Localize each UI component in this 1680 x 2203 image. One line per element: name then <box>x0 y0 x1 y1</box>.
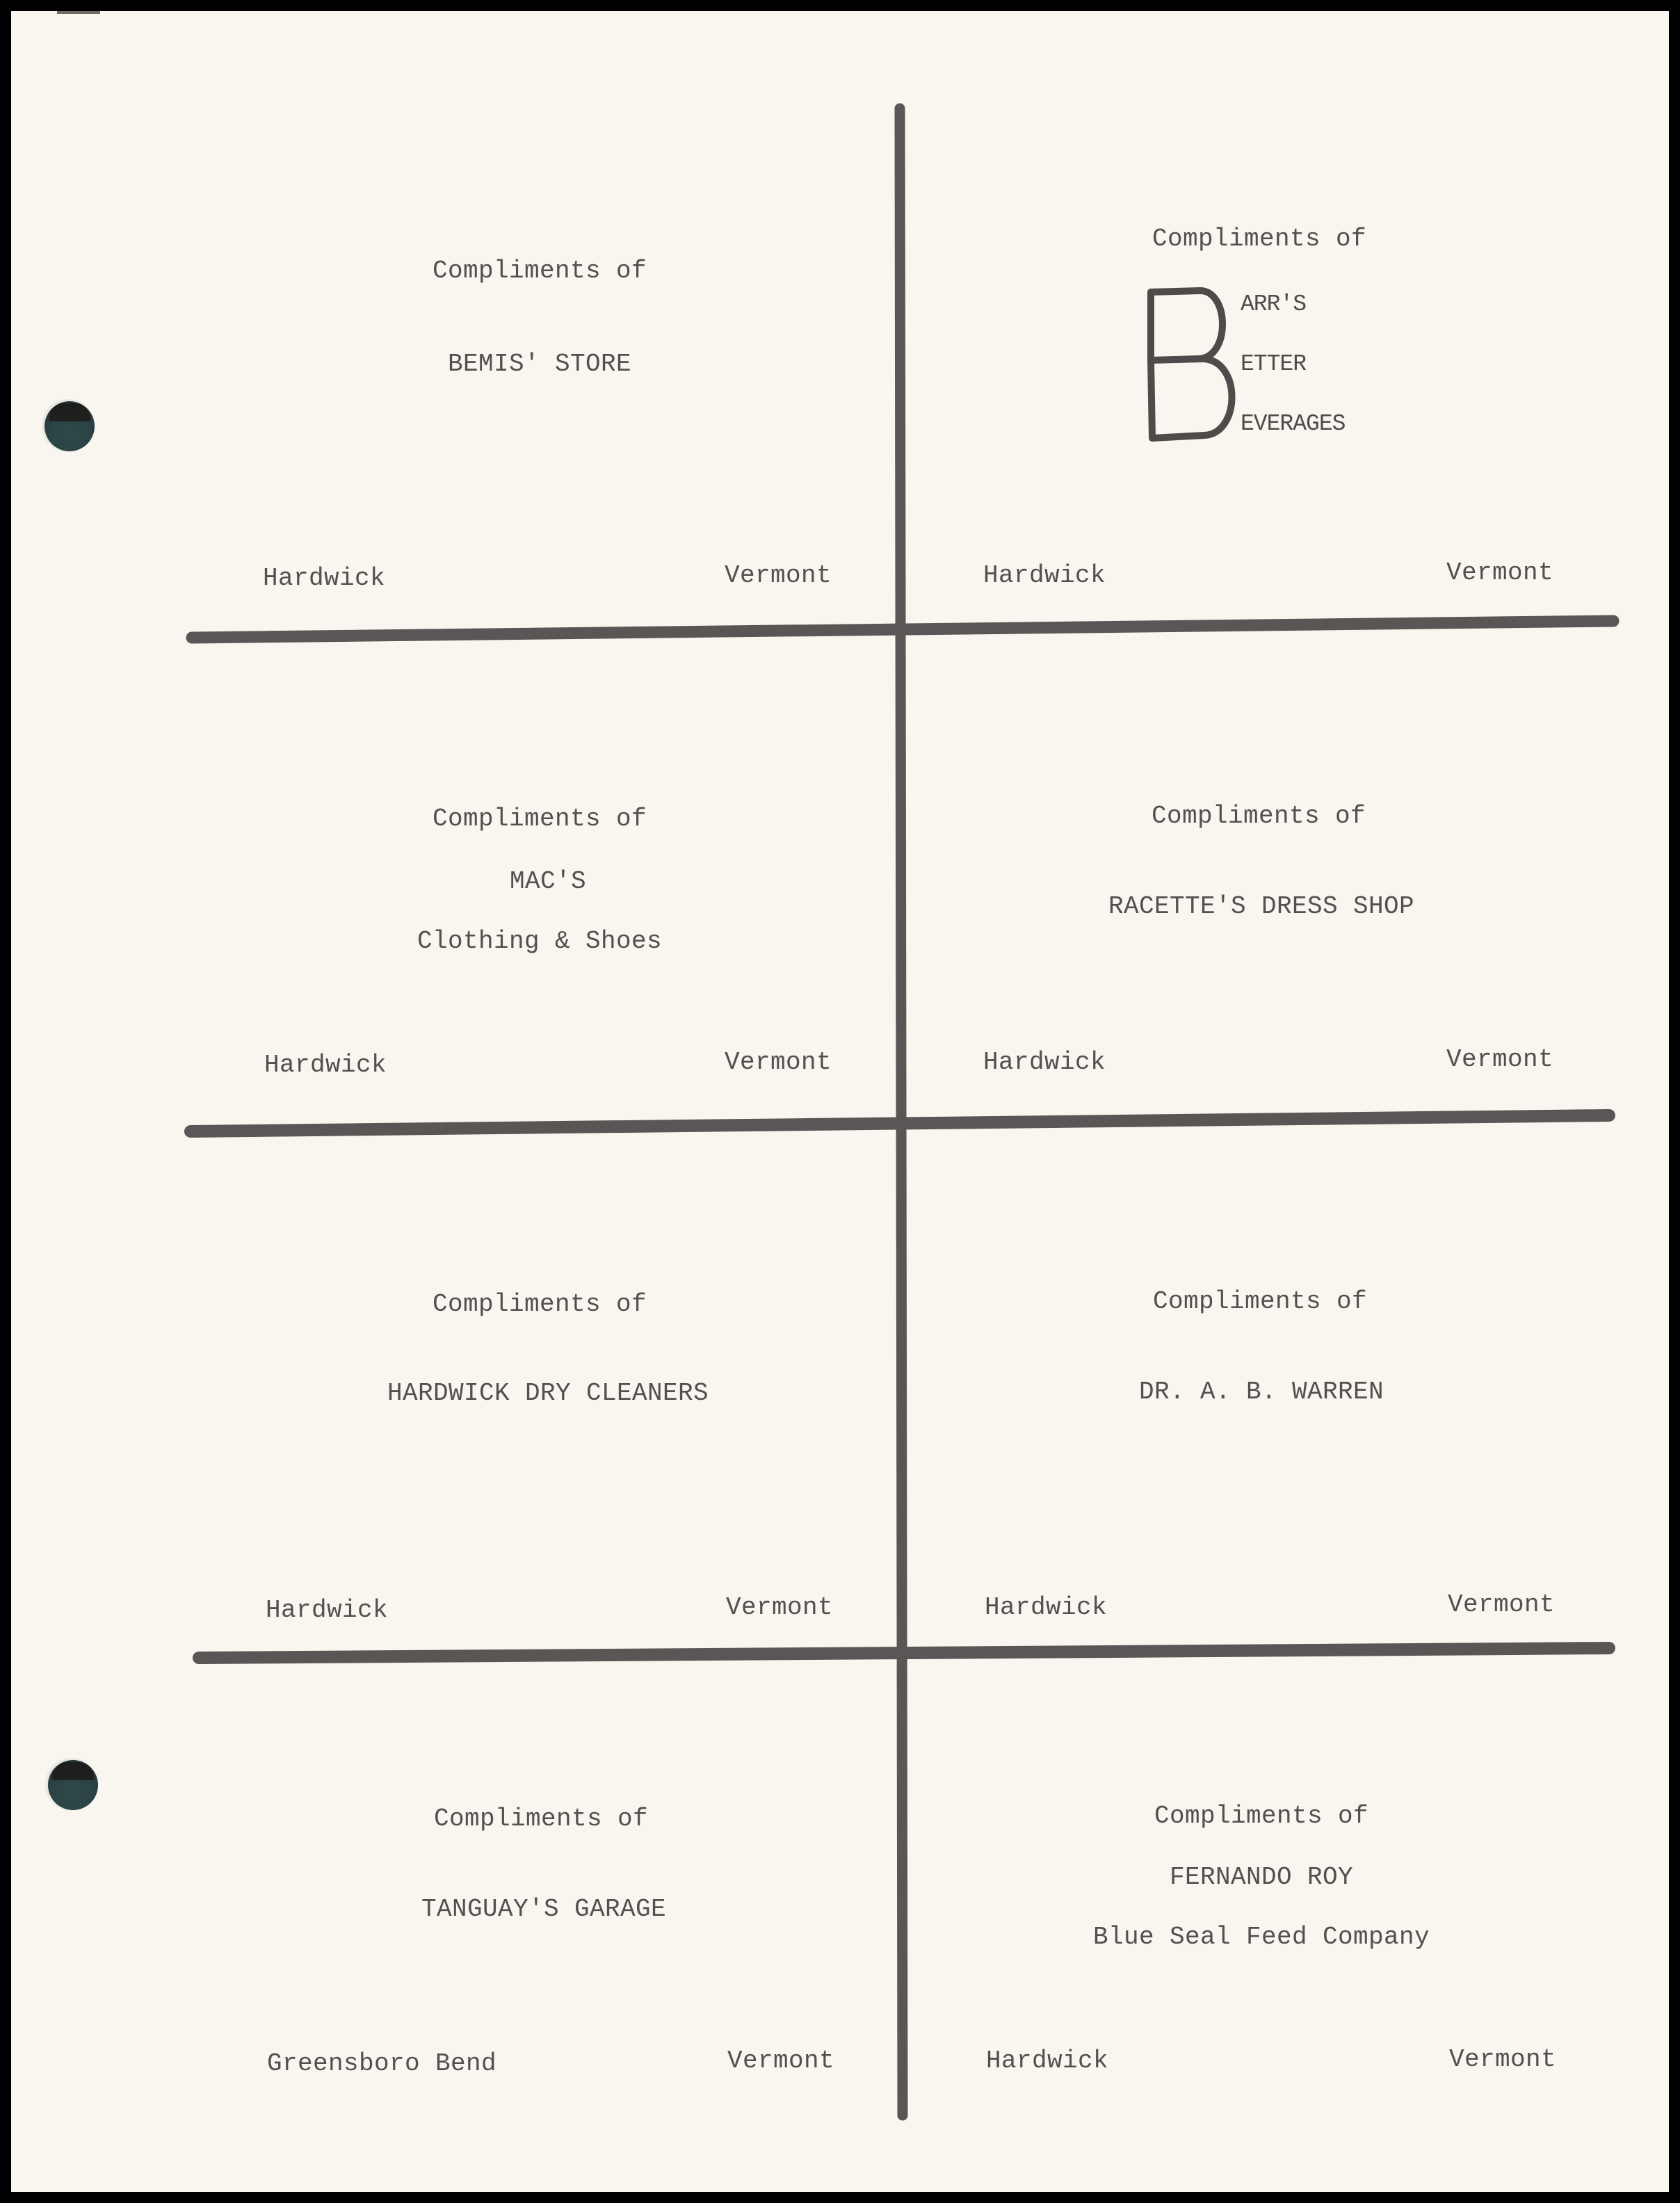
ad-town: Hardwick <box>264 1051 387 1079</box>
ad-heading: Compliments of <box>1152 802 1366 830</box>
ad-business-name: DR. A. B. WARREN <box>1139 1378 1384 1406</box>
ad-heading: Compliments of <box>434 1805 648 1833</box>
ad-town: Hardwick <box>983 562 1106 590</box>
ad-state: Vermont <box>1446 1046 1553 1074</box>
ad-town: Hardwick <box>985 1594 1107 1622</box>
ad-heading: Compliments of <box>433 1291 647 1318</box>
logo-word-etter: ETTER <box>1241 350 1306 378</box>
ad-business-name: HARDWICK DRY CLEANERS <box>387 1380 709 1407</box>
binder-hole-bottom <box>48 1760 98 1810</box>
ad-business-subtitle: Blue Seal Feed Company <box>1093 1923 1430 1951</box>
ad-business-name: MAC'S <box>510 868 586 896</box>
ad-business-name: TANGUAY'S GARAGE <box>421 1896 666 1923</box>
ad-business-name: RACETTE'S DRESS SHOP <box>1108 893 1414 921</box>
ad-business-name: BEMIS' STORE <box>448 350 631 378</box>
ad-state: Vermont <box>725 1049 832 1076</box>
ad-state: Vermont <box>1446 559 1553 587</box>
ad-state: Vermont <box>727 2047 834 2075</box>
ad-town: Hardwick <box>266 1597 388 1624</box>
binder-hole-top <box>45 401 95 451</box>
top-edge-mark <box>57 11 100 14</box>
logo-word-everages: EVERAGES <box>1241 410 1345 438</box>
ad-business-subtitle: Clothing & Shoes <box>417 928 662 955</box>
ad-heading: Compliments of <box>433 257 647 285</box>
ad-heading: Compliments of <box>1152 225 1366 253</box>
ad-town: Hardwick <box>983 1049 1106 1076</box>
ad-state: Vermont <box>726 1594 833 1622</box>
ad-heading: Compliments of <box>1153 1288 1367 1316</box>
ad-heading: Compliments of <box>433 805 647 833</box>
document-page <box>11 11 1669 2192</box>
ad-heading: Compliments of <box>1154 1802 1368 1830</box>
logo-b-outline-icon <box>1145 285 1242 444</box>
ad-town: Greensboro Bend <box>267 2050 496 2078</box>
ad-town: Hardwick <box>263 565 385 592</box>
ad-state: Vermont <box>725 562 832 590</box>
ad-business-name: FERNANDO ROY <box>1170 1864 1353 1891</box>
logo-word-arrs: ARR'S <box>1241 291 1306 318</box>
ad-state: Vermont <box>1448 1591 1555 1619</box>
ad-state: Vermont <box>1449 2046 1556 2074</box>
ad-town: Hardwick <box>986 2047 1108 2075</box>
